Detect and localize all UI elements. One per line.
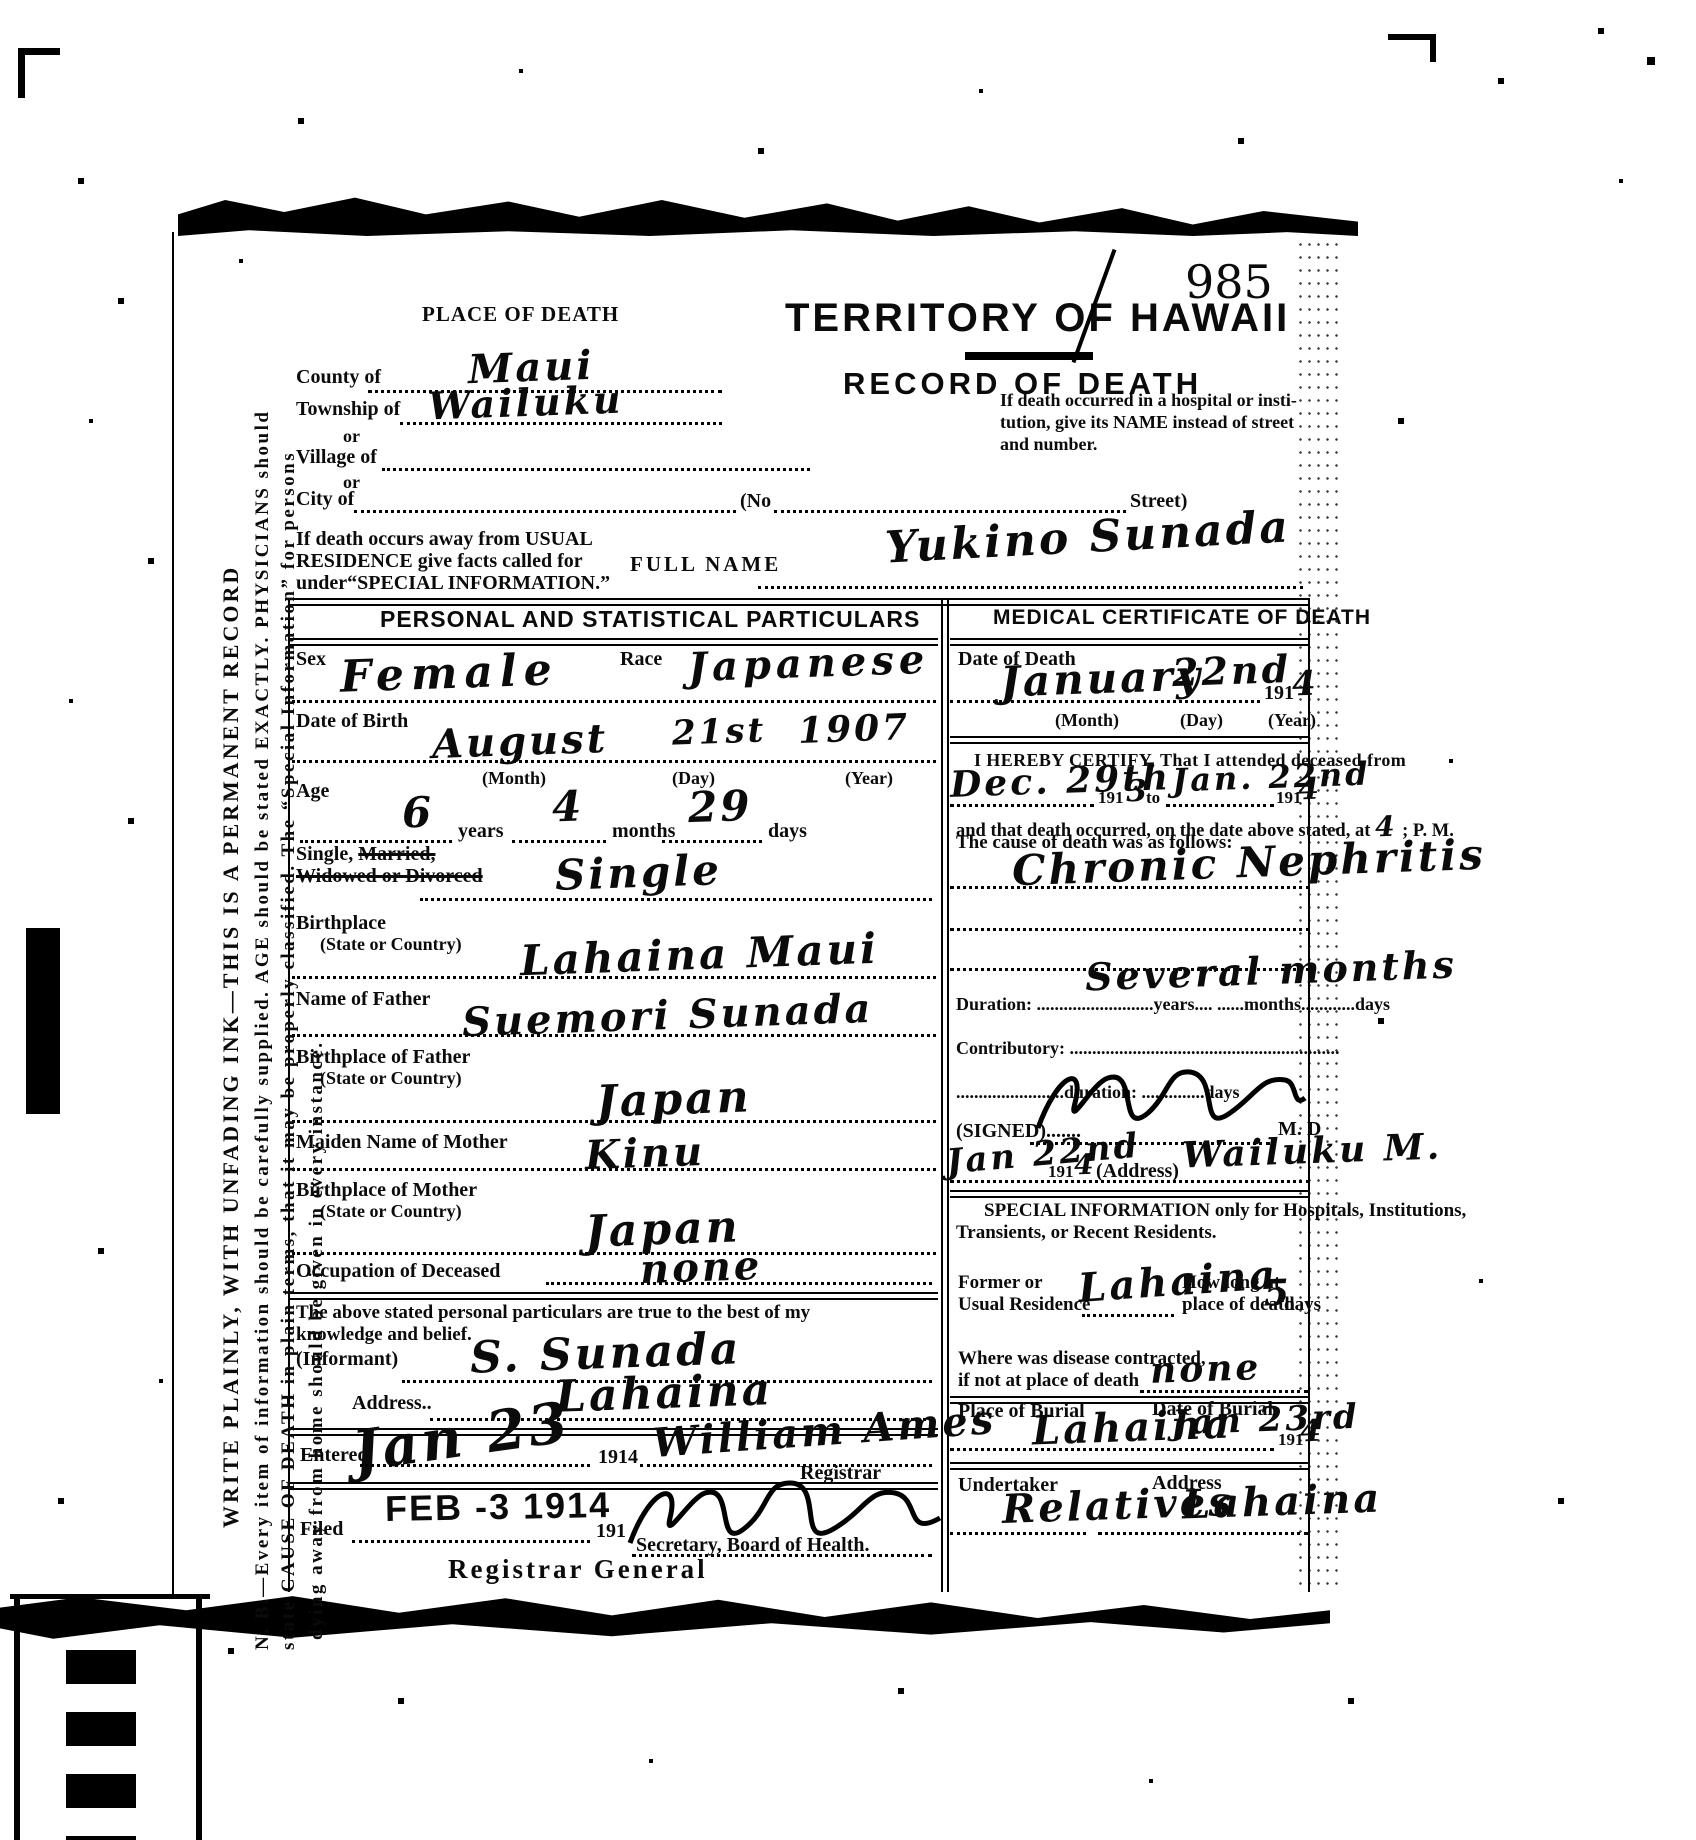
from-year-printed: 191: [1098, 788, 1124, 808]
or-label: or: [343, 426, 360, 447]
dob-day-value: 21st: [671, 710, 767, 753]
county-label: County of: [296, 366, 381, 389]
single-label: Single, Married,: [296, 843, 435, 866]
dotted-line: [1098, 1532, 1308, 1535]
mother-maiden-value: Kinu: [584, 1128, 706, 1179]
territory-heading: TERRITORY OF HAWAII: [785, 296, 1290, 341]
margin-nb-note-line2: state CAUSE OF DEATH in plain terms, tha…: [278, 451, 300, 1650]
undertaker-address-value: Lahaina: [1181, 1475, 1383, 1529]
dotted-line: [292, 1120, 936, 1123]
filed-date-stamp: FEB -3 1914: [385, 1484, 612, 1530]
registrar-general-label: Registrar General: [448, 1554, 708, 1585]
burial-date-value: Jan 23rd: [1171, 1397, 1360, 1444]
dotted-line: [352, 1540, 590, 1543]
place-of-death-heading: PLACE OF DEATH: [422, 302, 619, 327]
widowed-divorced-struck: Widowed or Divorced: [296, 865, 483, 888]
dotted-line: [546, 1282, 932, 1285]
dotted-line: [292, 1034, 936, 1037]
dod-year-hw: 4: [1291, 664, 1319, 705]
single-word: Single,: [296, 843, 353, 865]
top-noise-band: [178, 188, 1358, 236]
residence-note-line2: RESIDENCE give facts called for: [296, 550, 583, 573]
age-days-value: 29: [687, 781, 753, 832]
dotted-line: [1166, 804, 1274, 807]
race-label: Race: [620, 648, 662, 671]
rule: [288, 1292, 938, 1300]
signed-address-value: Wailuku M.: [1181, 1125, 1442, 1176]
dotted-line: [950, 700, 1260, 703]
personal-title: PERSONAL AND STATISTICAL PARTICULARS: [380, 606, 920, 633]
day-sublabel: (Day): [1180, 710, 1223, 731]
special-info-line2: Transients, or Recent Residents.: [956, 1222, 1217, 1244]
rule: [950, 736, 1310, 744]
attestation-line1: The above stated personal particulars ar…: [296, 1302, 810, 1324]
dotted-line: [292, 1168, 936, 1171]
full-name-label: FULL NAME: [630, 552, 781, 577]
married-word-struck: Married,: [358, 843, 435, 865]
dotted-line: [950, 1180, 1310, 1183]
rule: [950, 1190, 1310, 1198]
year-sublabel: (Year): [845, 768, 893, 789]
corner-bracket-top-right: [1388, 34, 1436, 40]
dotted-line: [360, 1464, 590, 1467]
days-label: days: [768, 820, 807, 843]
film-stripe-bar: [66, 1650, 136, 1840]
township-value: Wailuku: [427, 377, 624, 429]
dotted-line: [758, 586, 1303, 589]
howlong-days-label: days: [1284, 1294, 1321, 1316]
dob-year-value: 1907: [797, 706, 911, 752]
dotted-line: [950, 804, 1094, 807]
state-country-sublabel: (State or Country): [320, 934, 462, 955]
month-sublabel: (Month): [1055, 710, 1119, 731]
dotted-line: [662, 840, 762, 843]
state-country-sublabel: (State or Country): [320, 1068, 462, 1089]
rule: [950, 1462, 1310, 1470]
residence-note-line1: If death occurs away from USUAL: [296, 528, 593, 551]
special-info-line1: SPECIAL INFORMATION only for Hospitals, …: [984, 1200, 1466, 1222]
dotted-line: [354, 510, 736, 513]
duration-value: Several months: [1084, 942, 1457, 1000]
marital-status-value: Single: [554, 845, 722, 900]
scan-specks: [0, 0, 2, 2]
dotted-line: [950, 886, 1310, 889]
village-label: Village of: [296, 446, 377, 469]
age-months-value: 4: [551, 781, 585, 831]
dotted-line: [292, 760, 936, 763]
dotted-line: [382, 468, 810, 471]
next-frame-right-line: [196, 1598, 202, 1840]
duration-line: Duration: ..........................year…: [956, 994, 1390, 1015]
margin-nb-note-line1: N. B.—Every item of information should b…: [252, 410, 274, 1650]
hospital-note-line2: tution, give its NAME instead of street: [1000, 412, 1294, 433]
disease-contracted-label2: if not at place of death: [958, 1370, 1139, 1392]
corner-bracket-top-left-v: [18, 48, 25, 98]
next-frame-top-line: [10, 1594, 210, 1599]
father-name-label: Name of Father: [296, 988, 430, 1011]
next-frame-left-line: [14, 1598, 20, 1840]
sex-value: Female: [339, 644, 559, 703]
age-years-value: 6: [401, 787, 435, 837]
years-label: years: [458, 820, 504, 843]
margin-write-plainly-note: WRITE PLAINLY, WITH UNFADING INK—THIS IS…: [218, 565, 244, 1528]
year-sublabel: (Year): [1268, 710, 1316, 731]
rule: [950, 638, 1310, 646]
to-year-hw: 4: [1297, 772, 1322, 808]
race-value: Japanese: [687, 636, 930, 691]
dotted-line: [292, 976, 936, 979]
dotted-line: [292, 700, 936, 703]
street-no-label: (No: [740, 490, 771, 513]
township-label: Township of: [296, 398, 400, 421]
dotted-line: [1082, 1314, 1174, 1317]
dotted-line: [512, 840, 606, 843]
occupation-value: none: [639, 1242, 763, 1293]
signed-year-hw: 4: [1073, 1148, 1097, 1182]
hospital-note-line1: If death occurred in a hospital or insti…: [1000, 390, 1297, 411]
corner-bracket-top-right-v: [1430, 34, 1436, 62]
to-label: to: [1146, 788, 1160, 808]
date-of-birth-label: Date of Birth: [296, 710, 408, 733]
left-film-edge-line: [172, 232, 174, 1594]
header-separator-rule: [288, 598, 1310, 606]
dotted-line: [400, 422, 722, 425]
dotted-line: [950, 1448, 1274, 1451]
attended-to-date: Jan. 22nd: [1171, 755, 1371, 800]
disease-contracted-value: none: [1149, 1346, 1262, 1392]
left-film-bar: [26, 928, 60, 1114]
former-residence-label1: Former or: [958, 1272, 1043, 1294]
state-country-sublabel: (State or Country): [320, 1201, 462, 1222]
former-residence-label2: Usual Residence: [958, 1294, 1090, 1316]
age-label: Age: [296, 780, 329, 803]
sex-label: Sex: [296, 648, 326, 671]
margin-nb-note-line3: dying away from home should be given in …: [306, 1040, 328, 1640]
month-sublabel: (Month): [482, 768, 546, 789]
dotted-line: [950, 928, 1310, 931]
dotted-line: [1140, 1390, 1308, 1393]
death-certificate-scan: 985 PLACE OF DEATH TERRITORY OF HAWAII R…: [0, 0, 1696, 1840]
dotted-line: [950, 1532, 1086, 1535]
medical-title: MEDICAL CERTIFICATE OF DEATH: [993, 606, 1371, 630]
burial-year-hw: 4: [1299, 1414, 1324, 1450]
dod-year-printed: 191: [1264, 682, 1294, 705]
dotted-line: [292, 1252, 936, 1255]
birthplace-label: Birthplace: [296, 912, 386, 935]
hospital-note-line3: and number.: [1000, 434, 1097, 455]
signed-year-printed: 191: [1048, 1162, 1074, 1182]
city-label: City of: [296, 488, 354, 511]
dotted-line: [420, 898, 932, 901]
residence-note-line3: under“SPECIAL INFORMATION.”: [296, 572, 610, 595]
